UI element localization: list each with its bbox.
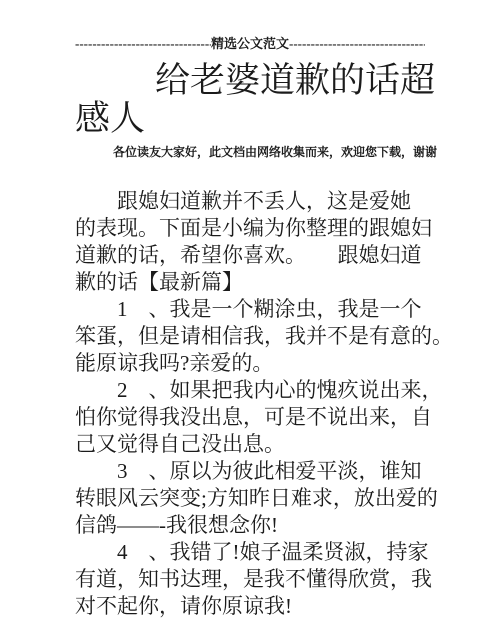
page-header: ----------------------------------------…	[75, 36, 425, 52]
document-page: ----------------------------------------…	[0, 0, 500, 636]
document-title: 给老婆道歉的话超 感人	[75, 62, 475, 138]
paragraph-item-3: 3 、原以为彼此相爱平淡，谁知 转眼风云突变;方知昨日难求，放出爱的 信鸽——-…	[75, 458, 455, 539]
paragraph-item-1: 1 、我是一个糊涂虫，我是一个 笨蛋，但是请相信我，我并不是有意的。 能原谅我吗…	[75, 296, 455, 377]
document-body: 跟媳妇道歉并不丢人，这是爱她 的表现。下面是小编为你整理的跟媳妇 道歉的话，希望…	[75, 188, 455, 620]
download-notice: 各位读友大家好，此文档由网络收集而来，欢迎您下载，谢谢	[75, 144, 500, 160]
header-dashes-left: ----------------------------------------	[75, 36, 211, 52]
paragraph-item-2: 2 、如果把我内心的愧疚说出来， 怕你觉得我没出息，可是不说出来，自 己又觉得自…	[75, 377, 455, 458]
header-dashes-right: ----------------------------------------	[289, 36, 425, 52]
paragraph-intro: 跟媳妇道歉并不丢人，这是爱她 的表现。下面是小编为你整理的跟媳妇 道歉的话，希望…	[75, 188, 455, 296]
paragraph-item-4: 4 、我错了!娘子温柔贤淑，持家 有道，知书达理，是我不懂得欣赏，我 对不起你，…	[75, 539, 455, 620]
header-label: 精选公文范文	[211, 36, 289, 52]
